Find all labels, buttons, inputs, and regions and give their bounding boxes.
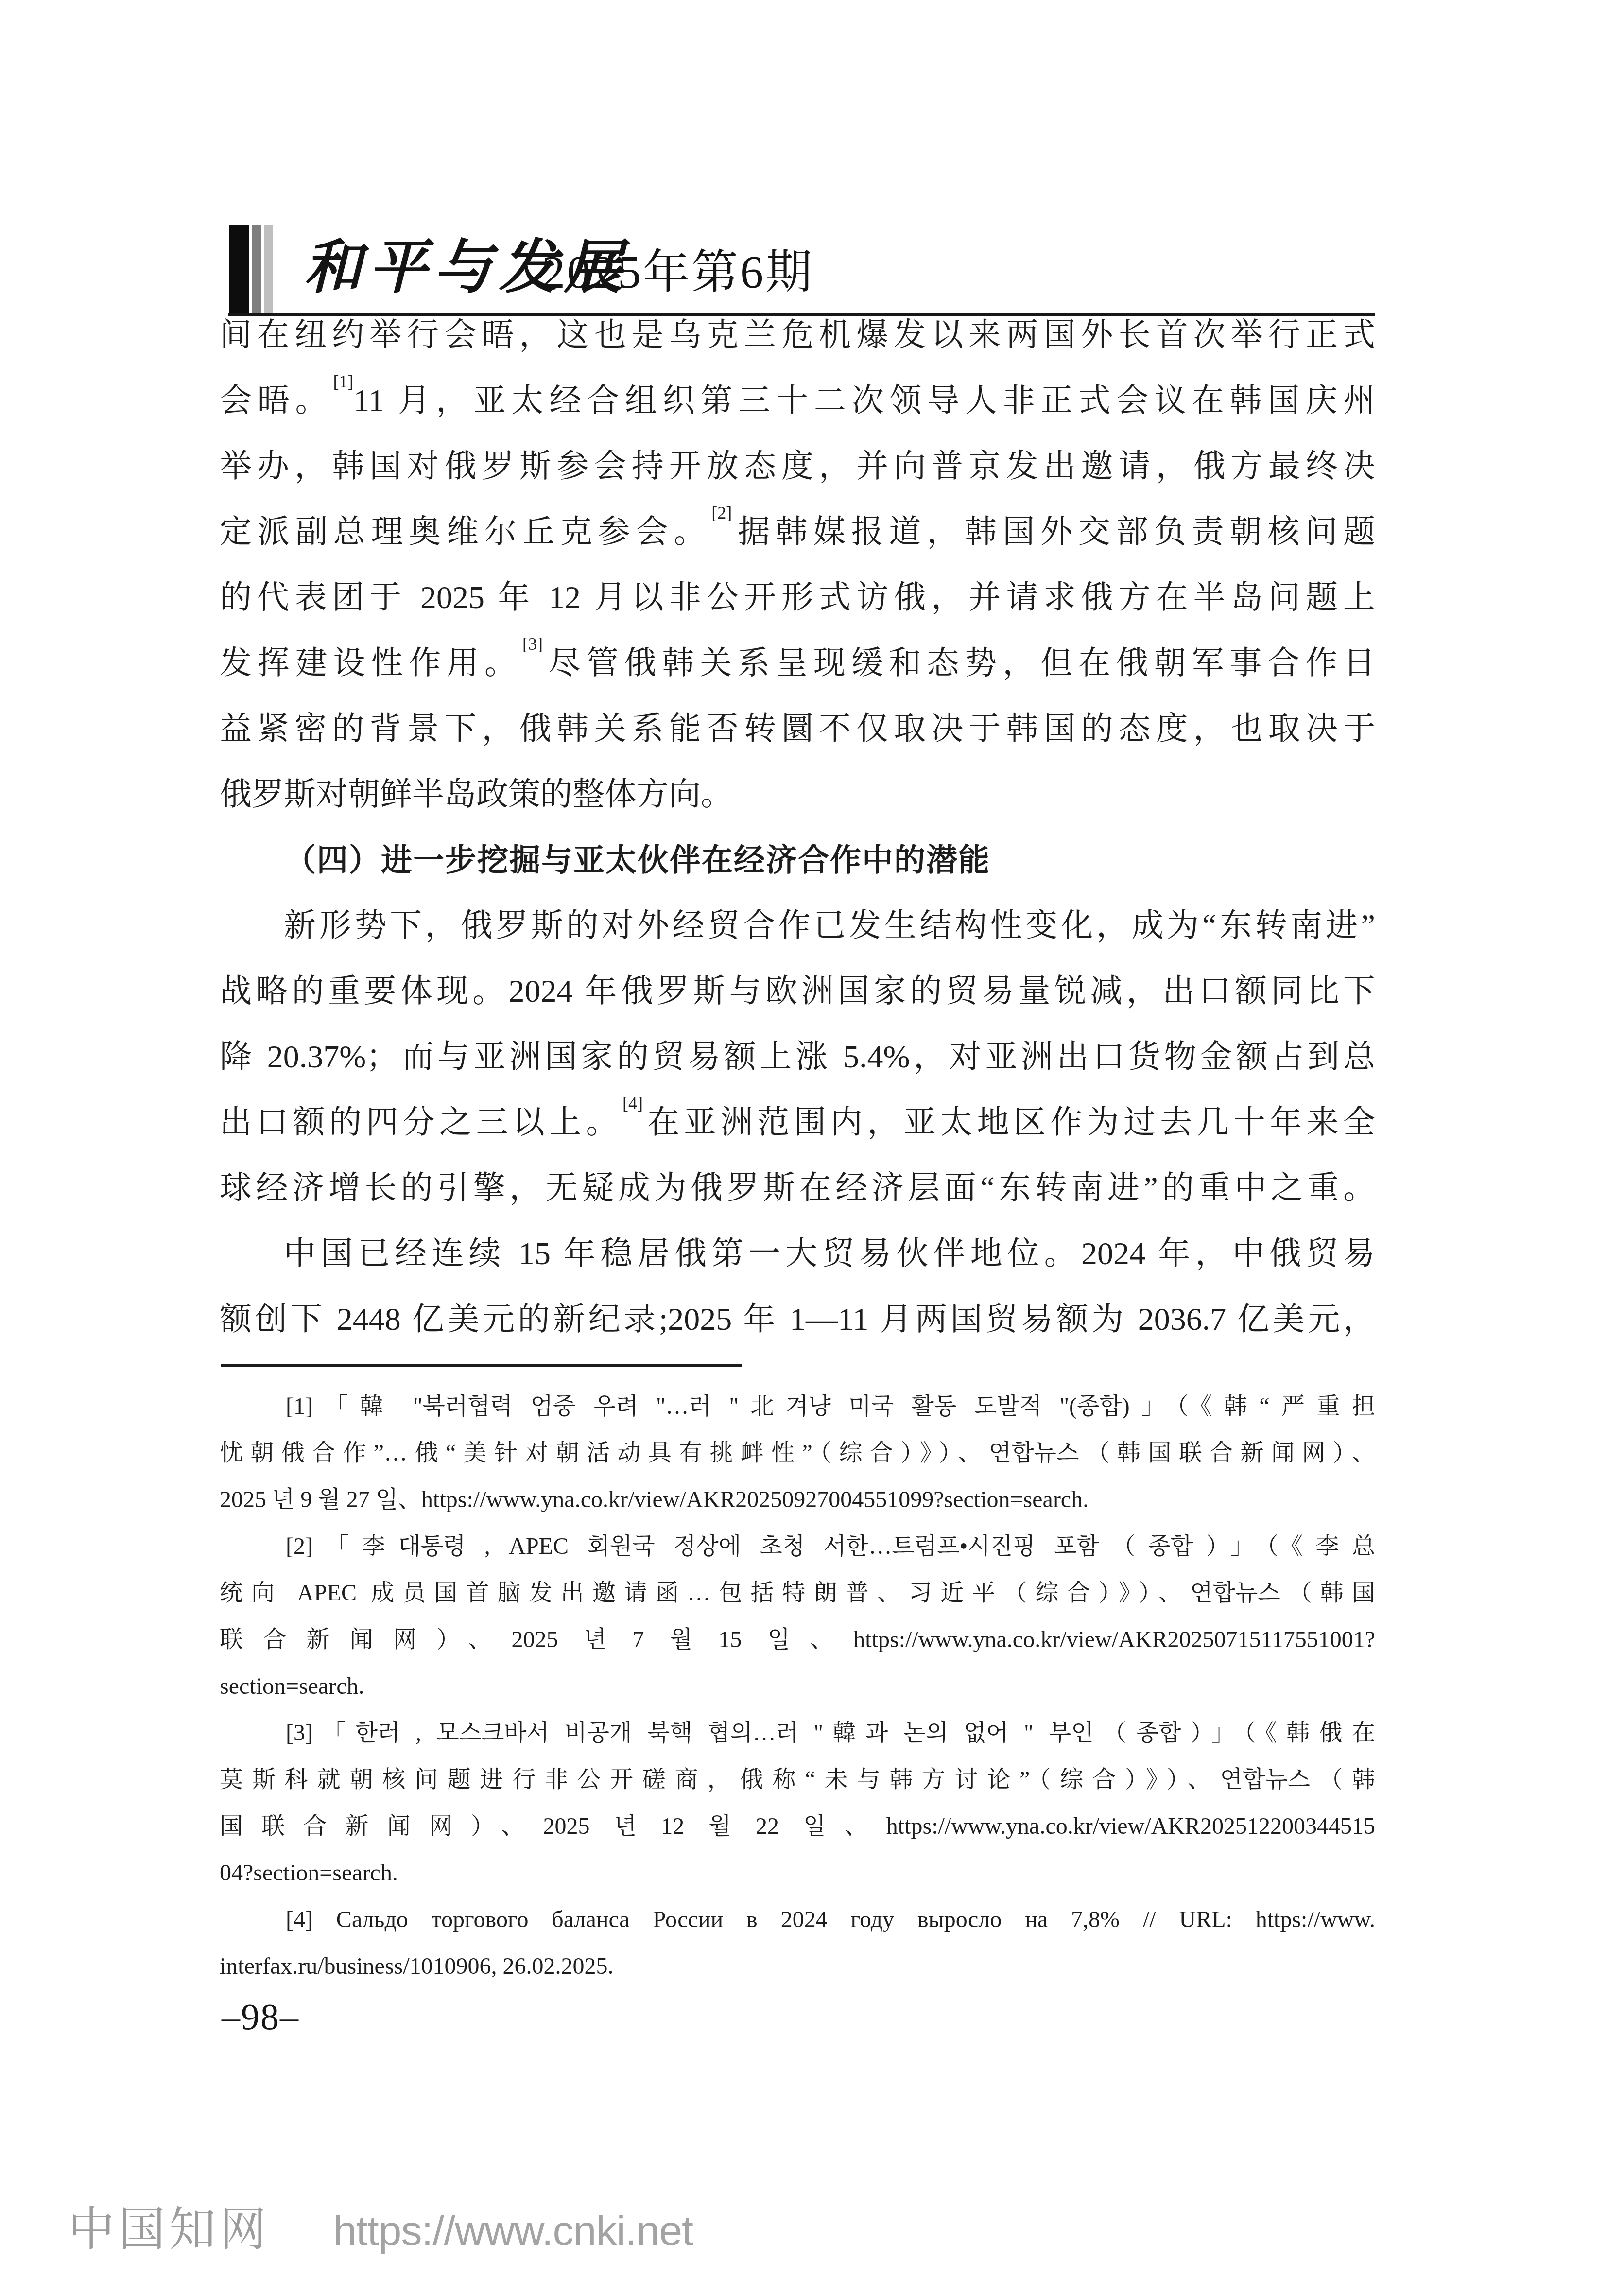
footnotes: [1]「韓 "북러협력 엄중 우려 "…러 "北겨냥 미국 활동 도발적 "(종… bbox=[220, 1383, 1375, 1990]
footnote-line: [4] Сальдо торгового баланса России в 20… bbox=[220, 1896, 1375, 1943]
body-line: 发挥建设性作用。[3]尽管俄韩关系呈现缓和态势，但在俄朝军事合作日 bbox=[220, 630, 1375, 696]
footnote-ref-4: [4] bbox=[622, 1094, 643, 1113]
footnote-line: 莫斯科就朝核问题进行非公开磋商，俄称“未与韩方讨论”（综合）》）、연합뉴스（韩 bbox=[220, 1757, 1375, 1803]
header-bar-gray bbox=[252, 225, 261, 313]
document-page: 和平与发展 2025年第6期 间在纽约举行会晤，这也是乌克兰危机爆发以来两国外长… bbox=[0, 0, 1607, 2296]
cnki-watermark: 中国知网 https://www.cnki.net bbox=[68, 2192, 693, 2259]
header-bar-light bbox=[264, 225, 273, 313]
footnote-line: 2025 년 9 월 27 일、https://www.yna.co.kr/vi… bbox=[220, 1477, 1375, 1523]
footnote-ref-1: [1] bbox=[333, 372, 353, 391]
body-line: 新形势下，俄罗斯的对外经贸合作已发生结构性变化，成为“东转南进” bbox=[220, 893, 1375, 958]
footnote-line: 国联合新闻网）、2025 년 12 월 22 일、https://www.yna… bbox=[220, 1803, 1375, 1850]
footnote-line: 统向 APEC 成员国首脑发出邀请函…包括特朗普、习近平（综合）》）、연합뉴스（… bbox=[220, 1570, 1375, 1617]
body-line: 中国已经连续 15 年稳居俄第一大贸易伙伴地位。2024 年，中俄贸易 bbox=[220, 1221, 1375, 1287]
journal-issue: 2025年第6期 bbox=[542, 241, 814, 304]
footnote-line: [1]「韓 "북러협력 엄중 우려 "…러 "北겨냥 미국 활동 도발적 "(종… bbox=[220, 1383, 1375, 1430]
footnote-line: [2]「李대통령 , APEC 회원국 정상에 초청 서한…트럼프•시진핑 포함… bbox=[220, 1523, 1375, 1570]
footnote-line: section=search. bbox=[220, 1663, 1375, 1710]
article-body: 间在纽约举行会晤，这也是乌克兰危机爆发以来两国外长首次举行正式 会晤。[1]11… bbox=[220, 302, 1375, 1352]
footnote-line: [3]「한러 , 모스크바서 비공개 북핵 협의…러 "韓과 논의 없어 " 부… bbox=[220, 1710, 1375, 1757]
body-line: 间在纽约举行会晤，这也是乌克兰危机爆发以来两国外长首次举行正式 bbox=[220, 302, 1375, 368]
footnote-line: 忧朝俄合作”…俄“美针对朝活动具有挑衅性”（综合）》）、연합뉴스（韩国联合新闻网… bbox=[220, 1430, 1375, 1477]
header-bar-black bbox=[229, 225, 249, 313]
body-line: 益紧密的背景下，俄韩关系能否转圜不仅取决于韩国的态度，也取决于 bbox=[220, 696, 1375, 762]
body-line: 出口额的四分之三以上。[4]在亚洲范围内，亚太地区作为过去几十年来全 bbox=[220, 1090, 1375, 1155]
body-line: 定派副总理奥维尔丘克参会。[2]据韩媒报道，韩国外交部负责朝核问题 bbox=[220, 499, 1375, 565]
footnote-line: interfax.ru/business/1010906, 26.02.2025… bbox=[220, 1943, 1375, 1990]
footnote-ref-2: [2] bbox=[711, 503, 732, 522]
body-line: 降 20.37%；而与亚洲国家的贸易额上涨 5.4%，对亚洲出口货物金额占到总 bbox=[220, 1024, 1375, 1090]
body-line: 的代表团于 2025 年 12 月以非公开形式访俄，并请求俄方在半岛问题上 bbox=[220, 565, 1375, 630]
footnote-line: 联合新闻网）、2025 년 7 월 15 일、https://www.yna.c… bbox=[220, 1617, 1375, 1663]
body-line: 战略的重要体现。2024 年俄罗斯与欧洲国家的贸易量锐减，出口额同比下 bbox=[220, 958, 1375, 1024]
footnote-line: 04?section=search. bbox=[220, 1850, 1375, 1896]
section-heading: （四）进一步挖掘与亚太伙伴在经济合作中的潜能 bbox=[220, 827, 1375, 893]
page-number: –98– bbox=[222, 1999, 299, 2035]
footnote-ref-3: [3] bbox=[522, 634, 543, 654]
body-line: 会晤。[1]11 月，亚太经合组织第三十二次领导人非正式会议在韩国庆州 bbox=[220, 368, 1375, 434]
body-line: 额创下 2448 亿美元的新纪录;2025 年 1—11 月两国贸易额为 203… bbox=[220, 1287, 1375, 1352]
cnki-watermark-name: 中国知网 bbox=[68, 2192, 270, 2259]
body-line: 球经济增长的引擎，无疑成为俄罗斯在经济层面“东转南进”的重中之重。 bbox=[220, 1155, 1375, 1221]
body-line: 俄罗斯对朝鲜半岛政策的整体方向。 bbox=[220, 762, 1375, 827]
cnki-watermark-url: https://www.cnki.net bbox=[333, 2207, 693, 2255]
body-line: 举办，韩国对俄罗斯参会持开放态度，并向普京发出邀请，俄方最终决 bbox=[220, 434, 1375, 499]
footnote-separator bbox=[221, 1364, 742, 1367]
